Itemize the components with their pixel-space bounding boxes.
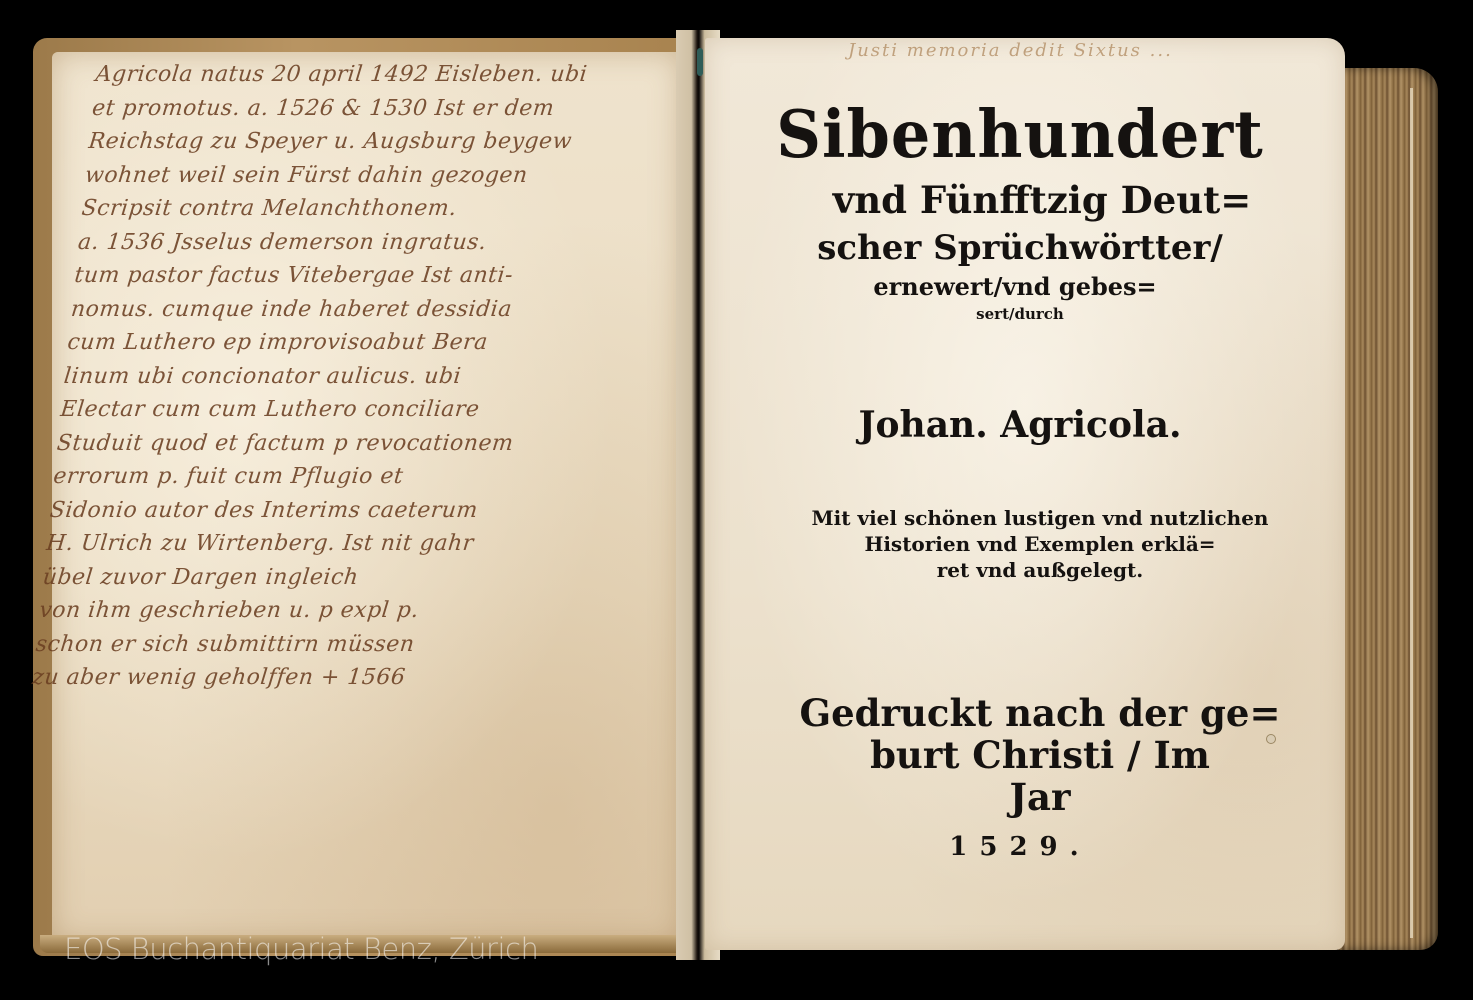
watermark: EOS Buchantiquariat Benz, Zürich [64, 932, 538, 966]
manuscript-line: Agricola natus 20 april 1492 Eisleben. u… [94, 58, 698, 92]
subtitle-line: Mit viel schönen lustigen vnd nutzlichen [740, 505, 1340, 531]
title-line: sert/durch [720, 303, 1320, 325]
manuscript-line: wohnet weil sein Fürst dahin gezogen [83, 159, 687, 193]
manuscript-line: Scripsit contra Melanchthonem. [80, 192, 684, 226]
manuscript-line: zu aber wenig geholffen + 1566 [31, 661, 635, 695]
manuscript-line: a. 1536 Jsselus demerson ingratus. [76, 226, 680, 260]
manuscript-line: H. Ulrich zu Wirtenberg. Ist nit gahr [45, 527, 649, 561]
manuscript-line: schon er sich submittirn müssen [34, 628, 638, 662]
subtitle-line: ret vnd außgelegt. [740, 557, 1340, 583]
manuscript-line: Studuit quod et factum p revocationem [55, 427, 659, 461]
title-block: Sibenhundert vnd Fünfftzig Deut= scher S… [720, 95, 1320, 325]
title-line: ernewert/vnd gebes= [710, 271, 1320, 303]
manuscript-line: cum Luthero ep improvisoabut Bera [66, 326, 670, 360]
manuscript-line: et promotus. a. 1526 & 1530 Ist er dem [90, 92, 694, 126]
book-photo: Agricola natus 20 april 1492 Eisleben. u… [0, 0, 1473, 1000]
subtitle-line: Historien vnd Exemplen erklä= [740, 531, 1340, 557]
manuscript-line: Sidonio autor des Interims caeterum [48, 494, 652, 528]
pinhole-mark [1266, 734, 1276, 744]
subtitle: Mit viel schönen lustigen vnd nutzlichen… [740, 505, 1340, 583]
title-line: scher Sprüchwörtter/ [720, 225, 1320, 271]
author-name: Johan. Agricola. [720, 404, 1320, 446]
manuscript-line: errorum p. fuit cum Pflugio et [52, 460, 656, 494]
marginalia-inscription: Justi memoria dedit Sixtus ... [848, 40, 1288, 61]
manuscript-line: Reichstag zu Speyer u. Augsburg beygew [87, 125, 691, 159]
imprint-line: burt Christi / Im [760, 734, 1320, 776]
manuscript-line: Electar cum cum Luthero conciliare [59, 393, 663, 427]
manuscript-line: nomus. cumque inde haberet dessidia [69, 293, 673, 327]
title-line-main: Sibenhundert [720, 93, 1320, 177]
manuscript-line: linum ubi concionator aulicus. ubi [62, 360, 666, 394]
publication-year: 1529. [720, 832, 1320, 862]
handwritten-note: Agricola natus 20 april 1492 Eisleben. u… [31, 58, 698, 695]
manuscript-line: übel zuvor Dargen ingleich [41, 561, 645, 595]
imprint: Gedruckt nach der ge= burt Christi / Im … [760, 692, 1320, 818]
title-line: vnd Fünfftzig Deut= [764, 175, 1320, 225]
manuscript-line: von ihm geschrieben u. p expl p. [38, 594, 642, 628]
imprint-line: Gedruckt nach der ge= [760, 692, 1320, 734]
imprint-line: Jar [760, 776, 1320, 818]
manuscript-line: tum pastor factus Vitebergae Ist anti- [73, 259, 677, 293]
text-block-edges [1338, 68, 1438, 950]
binding-thread [697, 48, 703, 76]
